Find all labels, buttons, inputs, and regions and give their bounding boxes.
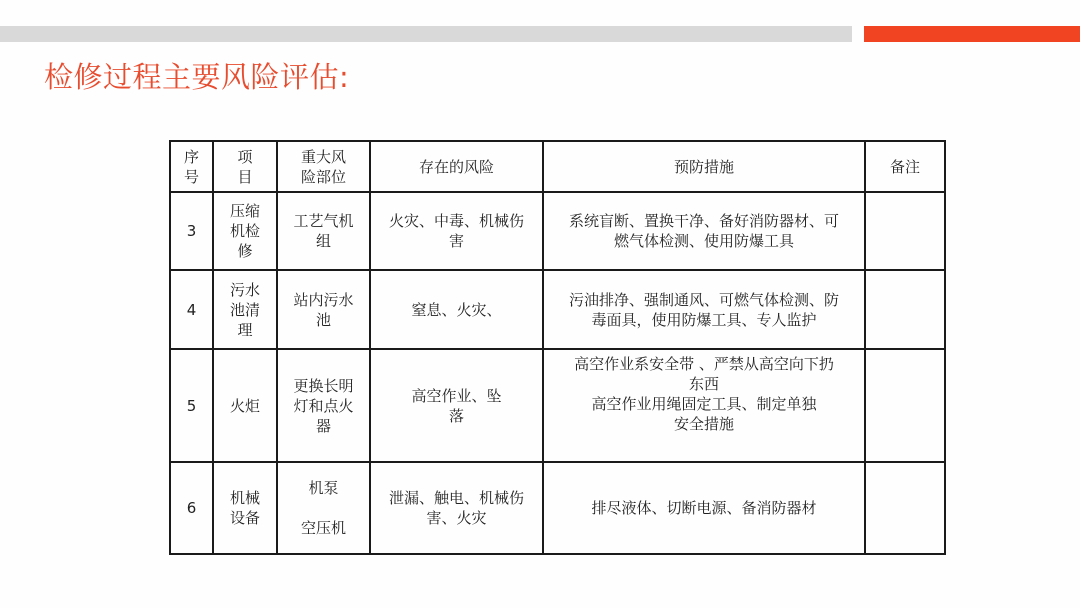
header-measures: 预防措施: [543, 141, 865, 192]
table-row: 4 污水 池清 理 站内污水 池 窒息、火灾、 污油排净、强制通风、可燃气体检测…: [170, 270, 945, 349]
header-location: 重大风 险部位: [277, 141, 370, 192]
table-row: 3 压缩 机检 修 工艺气机 组 火灾、中毒、机械伤 害 系统盲断、置换干净、备…: [170, 192, 945, 270]
cell-risk: 高空作业、坠 落: [370, 349, 543, 462]
cell-note: [865, 462, 945, 554]
header-risk: 存在的风险: [370, 141, 543, 192]
cell-risk: 火灾、中毒、机械伤 害: [370, 192, 543, 270]
cell-location: 机泵 空压机: [277, 462, 370, 554]
cell-measures: 系统盲断、置换干净、备好消防器材、可 燃气体检测、使用防爆工具: [543, 192, 865, 270]
cell-no: 4: [170, 270, 213, 349]
cell-measures: 高空作业系安全带 、严禁从高空向下扔 东西 高空作业用绳固定工具、制定单独 安全…: [543, 349, 865, 462]
cell-risk: 窒息、火灾、: [370, 270, 543, 349]
cell-note: [865, 192, 945, 270]
cell-note: [865, 349, 945, 462]
cell-measures: 排尽液体、切断电源、备消防器材: [543, 462, 865, 554]
header-bar-gray: [0, 26, 852, 42]
cell-no: 3: [170, 192, 213, 270]
risk-assessment-table: 序 号 项 目 重大风 险部位 存在的风险 预防措施 备注 3 压缩 机检 修 …: [169, 140, 946, 555]
header-note: 备注: [865, 141, 945, 192]
cell-location: 更换长明 灯和点火 器: [277, 349, 370, 462]
slide-title: 检修过程主要风险评估:: [44, 55, 349, 96]
table-row: 5 火炬 更换长明 灯和点火 器 高空作业、坠 落 高空作业系安全带 、严禁从高…: [170, 349, 945, 462]
cell-location: 站内污水 池: [277, 270, 370, 349]
table-header-row: 序 号 项 目 重大风 险部位 存在的风险 预防措施 备注: [170, 141, 945, 192]
cell-location: 工艺气机 组: [277, 192, 370, 270]
cell-risk: 泄漏、触电、机械伤 害、火灾: [370, 462, 543, 554]
cell-item: 压缩 机检 修: [213, 192, 277, 270]
cell-measures: 污油排净、强制通风、可燃气体检测、防 毒面具，使用防爆工具、专人监护: [543, 270, 865, 349]
cell-no: 5: [170, 349, 213, 462]
table-row: 6 机械 设备 机泵 空压机 泄漏、触电、机械伤 害、火灾 排尽液体、切断电源、…: [170, 462, 945, 554]
cell-no: 6: [170, 462, 213, 554]
header-item: 项 目: [213, 141, 277, 192]
cell-item: 火炬: [213, 349, 277, 462]
cell-item: 污水 池清 理: [213, 270, 277, 349]
cell-note: [865, 270, 945, 349]
header-no: 序 号: [170, 141, 213, 192]
cell-item: 机械 设备: [213, 462, 277, 554]
header-bar-accent: [864, 26, 1080, 42]
